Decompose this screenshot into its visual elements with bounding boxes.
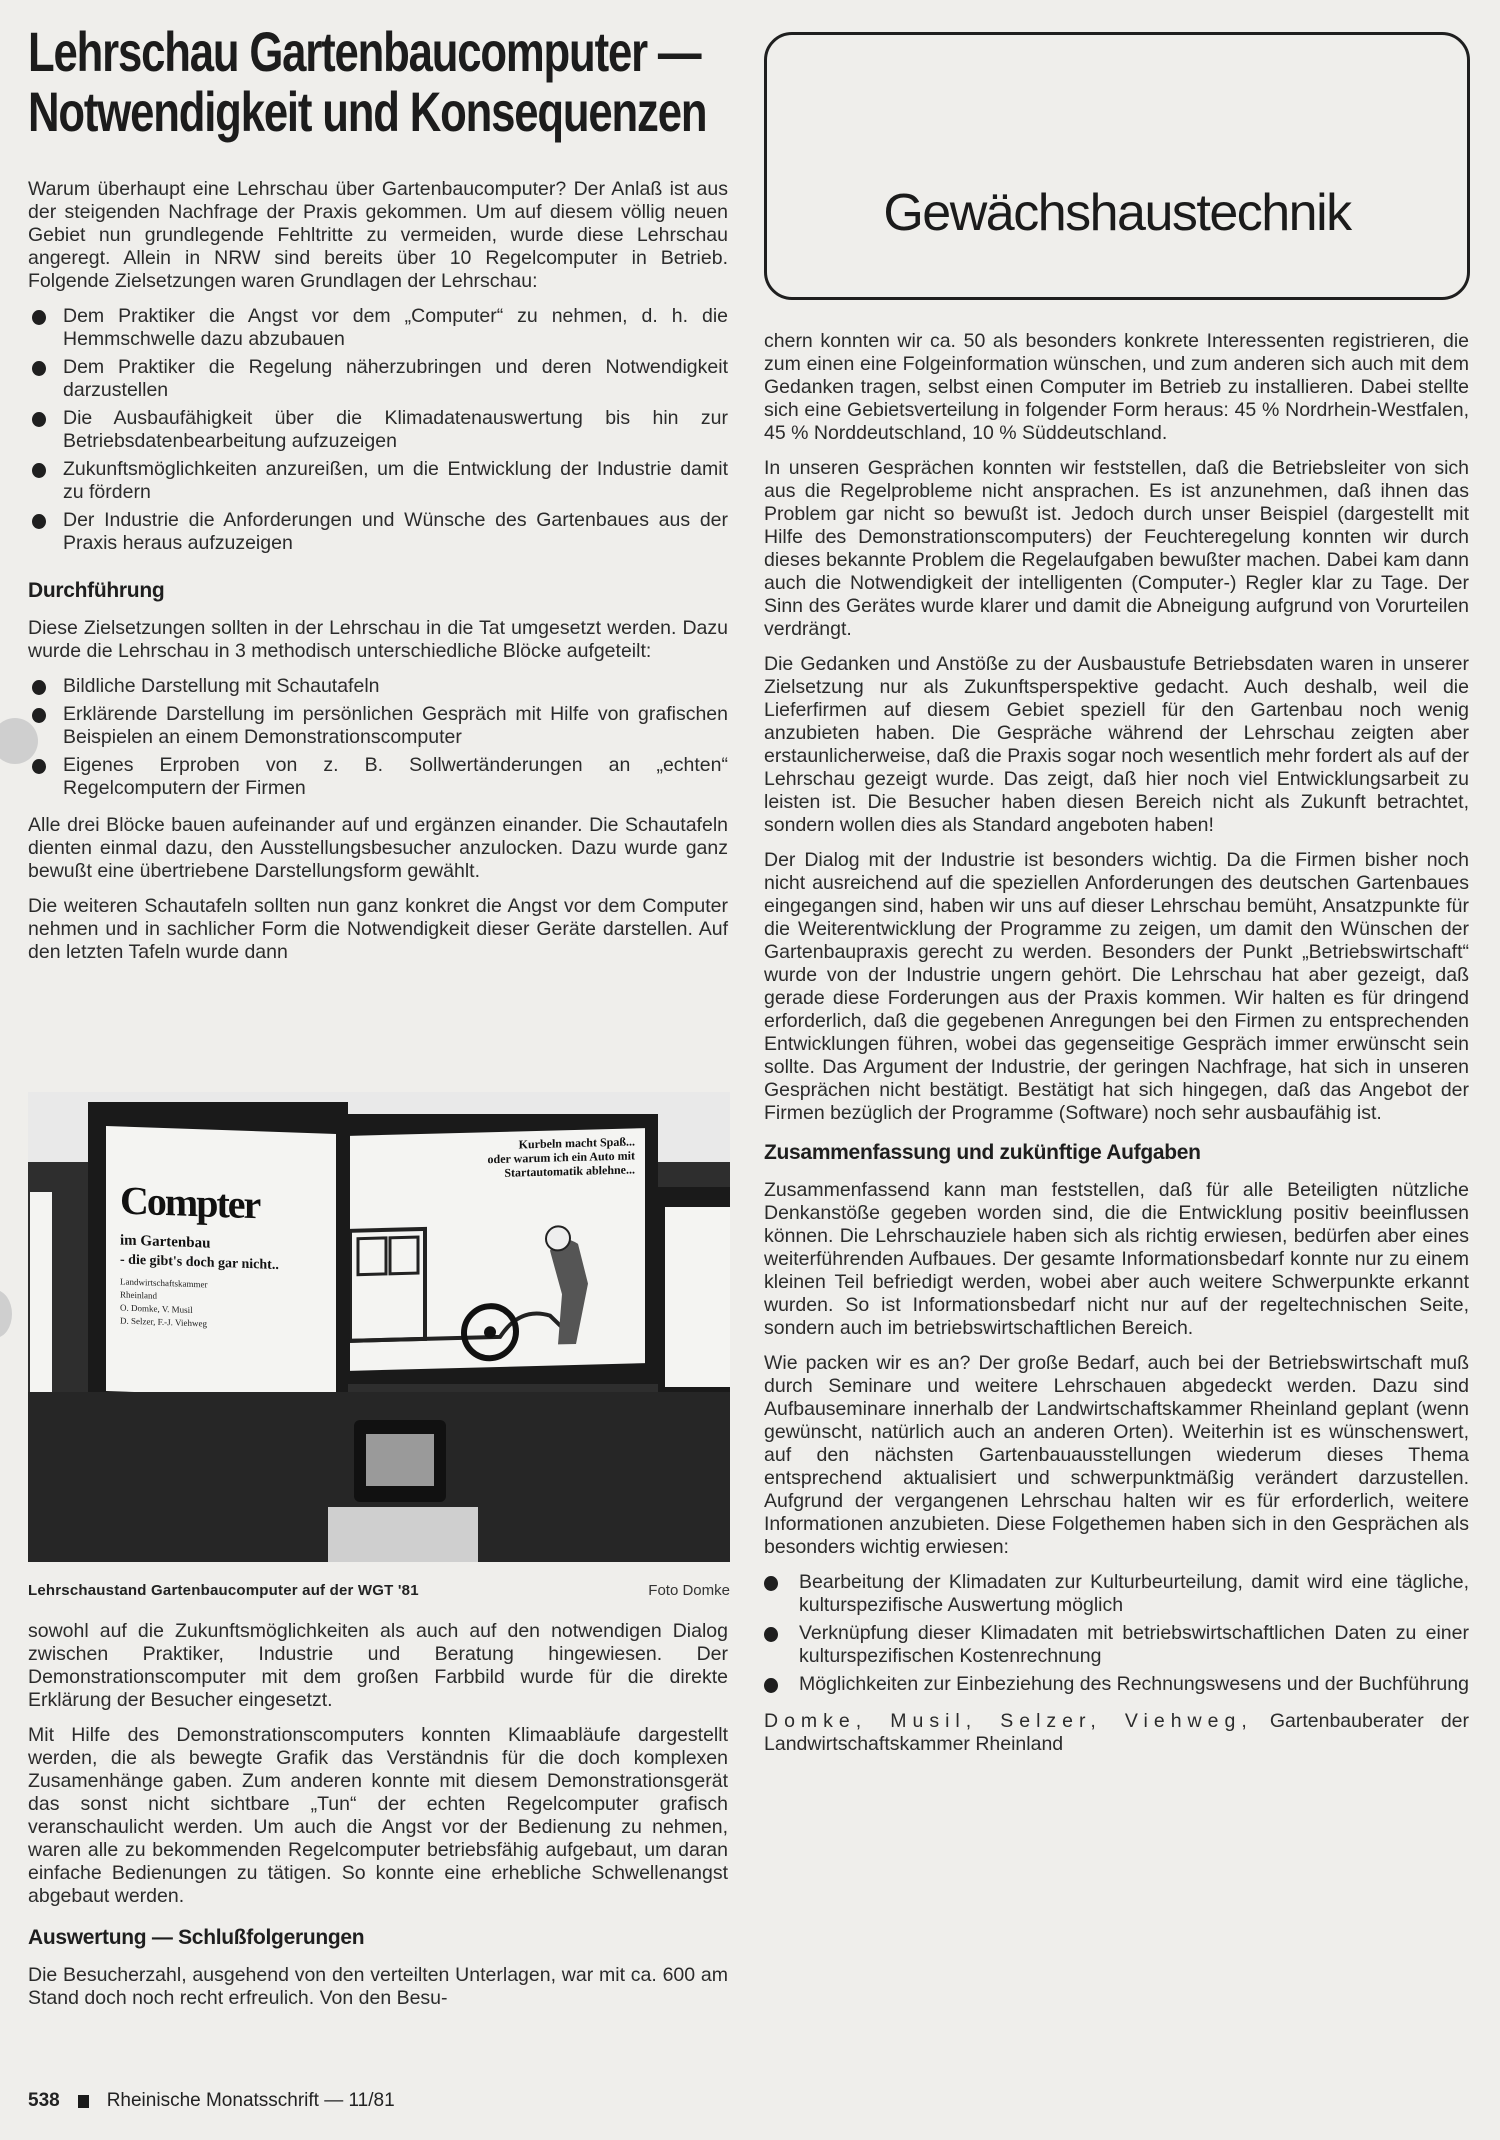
intro-paragraph: Warum überhaupt eine Lehrschau über Gart… <box>28 178 728 293</box>
board-left-credit: Landwirtschaftskammer <box>120 1276 207 1290</box>
author-names: Domke, Musil, Selzer, Viehweg, <box>764 1710 1253 1732</box>
display-board-far-right <box>665 1207 730 1387</box>
monitor-screen <box>366 1434 434 1486</box>
display-board-right: Kurbeln macht Spaß... oder warum ich ein… <box>350 1128 645 1371</box>
page-footer: 538 Rheinische Monatsschrift — 11/81 <box>28 2090 395 2112</box>
section-label: Gewächshaustechnik <box>767 183 1467 243</box>
bullet-icon <box>32 708 46 723</box>
left-column-lower: sowohl auf die Zukunftsmöglichkeiten als… <box>28 1620 728 2022</box>
bullet-icon <box>764 1576 778 1591</box>
list-item: Die Ausbaufähigkeit über die Klimadatena… <box>28 407 728 453</box>
author-line: Domke, Musil, Selzer, Viehweg, Gartenbau… <box>764 1710 1469 1756</box>
body-paragraph: Zusammenfassend kann man feststellen, da… <box>764 1179 1469 1340</box>
list-item: Dem Praktiker die Regelung näherzubringe… <box>28 356 728 402</box>
board-left-subtitle-2: - die gibt's doch gar nicht.. <box>120 1252 279 1274</box>
list-item: Möglichkeiten zur Einbeziehung des Rechn… <box>764 1673 1469 1696</box>
list-item: Zukunftsmöglichkeiten anzureißen, um die… <box>28 458 728 504</box>
bullet-icon <box>32 759 46 774</box>
bullet-icon <box>32 412 46 427</box>
photo-caption: Lehrschaustand Gartenbaucomputer auf der… <box>28 1582 419 1599</box>
board-left-subtitle-1: im Gartenbau <box>120 1232 210 1252</box>
square-separator-icon <box>78 2095 89 2108</box>
board-left-credit: O. Domke, V. Musil <box>120 1302 193 1316</box>
monitor-stand <box>328 1507 478 1562</box>
left-column: Lehrschau Gartenbaucomputer — Notwendigk… <box>28 22 728 976</box>
display-board-edge <box>30 1192 52 1422</box>
topics-list: Bearbeitung der Klimadaten zur Kulturbeu… <box>764 1571 1469 1696</box>
headline-line-1: Lehrschau Gartenbaucomputer — <box>28 22 727 82</box>
list-item: Bearbeitung der Klimadaten zur Kulturbeu… <box>764 1571 1469 1617</box>
blocks-list: Bildliche Darstellung mit Schautafeln Er… <box>28 675 728 800</box>
body-paragraph: Diese Zielsetzungen sollten in der Lehrs… <box>28 617 728 663</box>
list-item: Dem Praktiker die Angst vor dem „Compute… <box>28 305 728 351</box>
goals-list: Dem Praktiker die Angst vor dem „Compute… <box>28 305 728 555</box>
bullet-icon <box>764 1627 778 1642</box>
list-item: Eigenes Erproben von z. B. Sollwertänder… <box>28 754 728 800</box>
body-paragraph: Wie packen wir es an? Der große Bedarf, … <box>764 1352 1469 1559</box>
section-heading-auswertung: Auswertung — Schlußfolgerungen <box>28 1926 728 1950</box>
body-paragraph: Die weiteren Schautafeln sollten nun gan… <box>28 895 728 964</box>
section-label-box: Gewächshaustechnik <box>764 32 1470 300</box>
magazine-page: Lehrschau Gartenbaucomputer — Notwendigk… <box>0 0 1500 2140</box>
list-item: Der Industrie die Anforderungen und Wüns… <box>28 509 728 555</box>
car-illustration-icon <box>350 1128 645 1371</box>
section-heading-durchfuehrung: Durchführung <box>28 579 728 603</box>
right-column: chern konnten wir ca. 50 als besonders k… <box>764 330 1469 1756</box>
exhibition-photo: Compter im Gartenbau - die gibt's doch g… <box>28 1092 730 1562</box>
body-paragraph: chern konnten wir ca. 50 als besonders k… <box>764 330 1469 445</box>
punch-hole <box>0 1290 12 1338</box>
section-heading-zusammenfassung: Zusammenfassung und zukünftige Aufgaben <box>764 1141 1469 1165</box>
bullet-icon <box>32 310 46 325</box>
bullet-icon <box>32 514 46 529</box>
display-board-left: Compter im Gartenbau - die gibt's doch g… <box>106 1126 336 1399</box>
bullet-icon <box>764 1678 778 1693</box>
body-paragraph: Mit Hilfe des Demonstrationscomputers ko… <box>28 1724 728 1908</box>
board-left-title: Compter <box>120 1176 259 1228</box>
body-paragraph: Der Dialog mit der Industrie ist besonde… <box>764 849 1469 1125</box>
bullet-icon <box>32 680 46 695</box>
board-left-credit: D. Selzer, F.-J. Viehweg <box>120 1315 207 1329</box>
bullet-icon <box>32 361 46 376</box>
body-paragraph: In unseren Gesprächen konnten wir festst… <box>764 457 1469 641</box>
page-number: 538 <box>28 2090 60 2112</box>
headline-line-2: Notwendigkeit und Konsequenzen <box>28 82 727 142</box>
article-headline: Lehrschau Gartenbaucomputer — Notwendigk… <box>28 22 727 142</box>
photo-caption-row: Lehrschaustand Gartenbaucomputer auf der… <box>28 1582 730 1599</box>
body-paragraph: Die Gedanken und Anstöße zu der Ausbaust… <box>764 653 1469 837</box>
board-left-credit: Rheinland <box>120 1289 157 1301</box>
list-item: Bildliche Darstellung mit Schautafeln <box>28 675 728 698</box>
body-paragraph: Die Besucherzahl, ausgehend von den vert… <box>28 1964 728 2010</box>
list-item: Verknüpfung dieser Klimadaten mit betrie… <box>764 1622 1469 1668</box>
list-item: Erklärende Darstellung im persönlichen G… <box>28 703 728 749</box>
body-paragraph: sowohl auf die Zukunftsmöglichkeiten als… <box>28 1620 728 1712</box>
bullet-icon <box>32 463 46 478</box>
photo-credit: Foto Domke <box>648 1582 730 1599</box>
publication-name: Rheinische Monatsschrift — 11/81 <box>107 2090 395 2112</box>
body-paragraph: Alle drei Blöcke bauen aufeinander auf u… <box>28 814 728 883</box>
